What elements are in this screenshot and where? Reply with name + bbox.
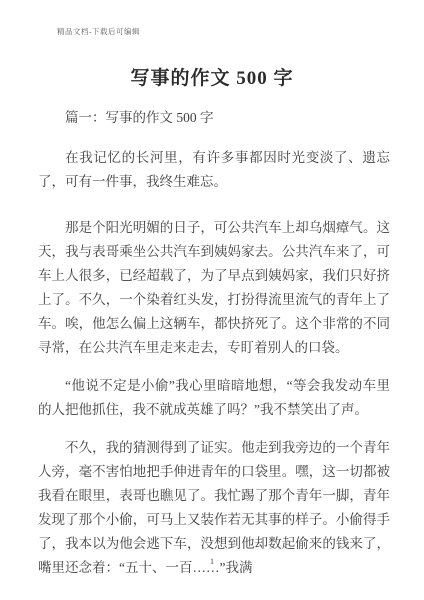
header-watermark-note: 精品文档-下载后可编辑: [57, 26, 140, 37]
document-body: 篇一：写事的作文 500 字 在我记忆的长河里，有许多事都因时光变淡了、遗忘了，…: [38, 106, 390, 594]
paragraph: 那是个阳光明媚的日子，可公共汽车上却乌烟瘴气。这天，我与表哥乘坐公共汽车到姨妈家…: [38, 216, 390, 360]
paragraph: 在我记忆的长河里，有许多事都因时光变淡了、遗忘了，可有一件事，我终生难忘。: [38, 146, 390, 194]
paragraph: “他说不定是小偷”我心里暗暗地想，“等会我发动车里的人把他抓住，我不就成英雄了吗…: [38, 374, 390, 422]
page-number: 1: [0, 556, 424, 566]
section-heading: 篇一：写事的作文 500 字: [38, 106, 390, 130]
document-page: 精品文档-下载后可编辑 写事的作文 500 字 篇一：写事的作文 500 字 在…: [0, 0, 424, 600]
page-title: 写事的作文 500 字: [0, 63, 424, 90]
